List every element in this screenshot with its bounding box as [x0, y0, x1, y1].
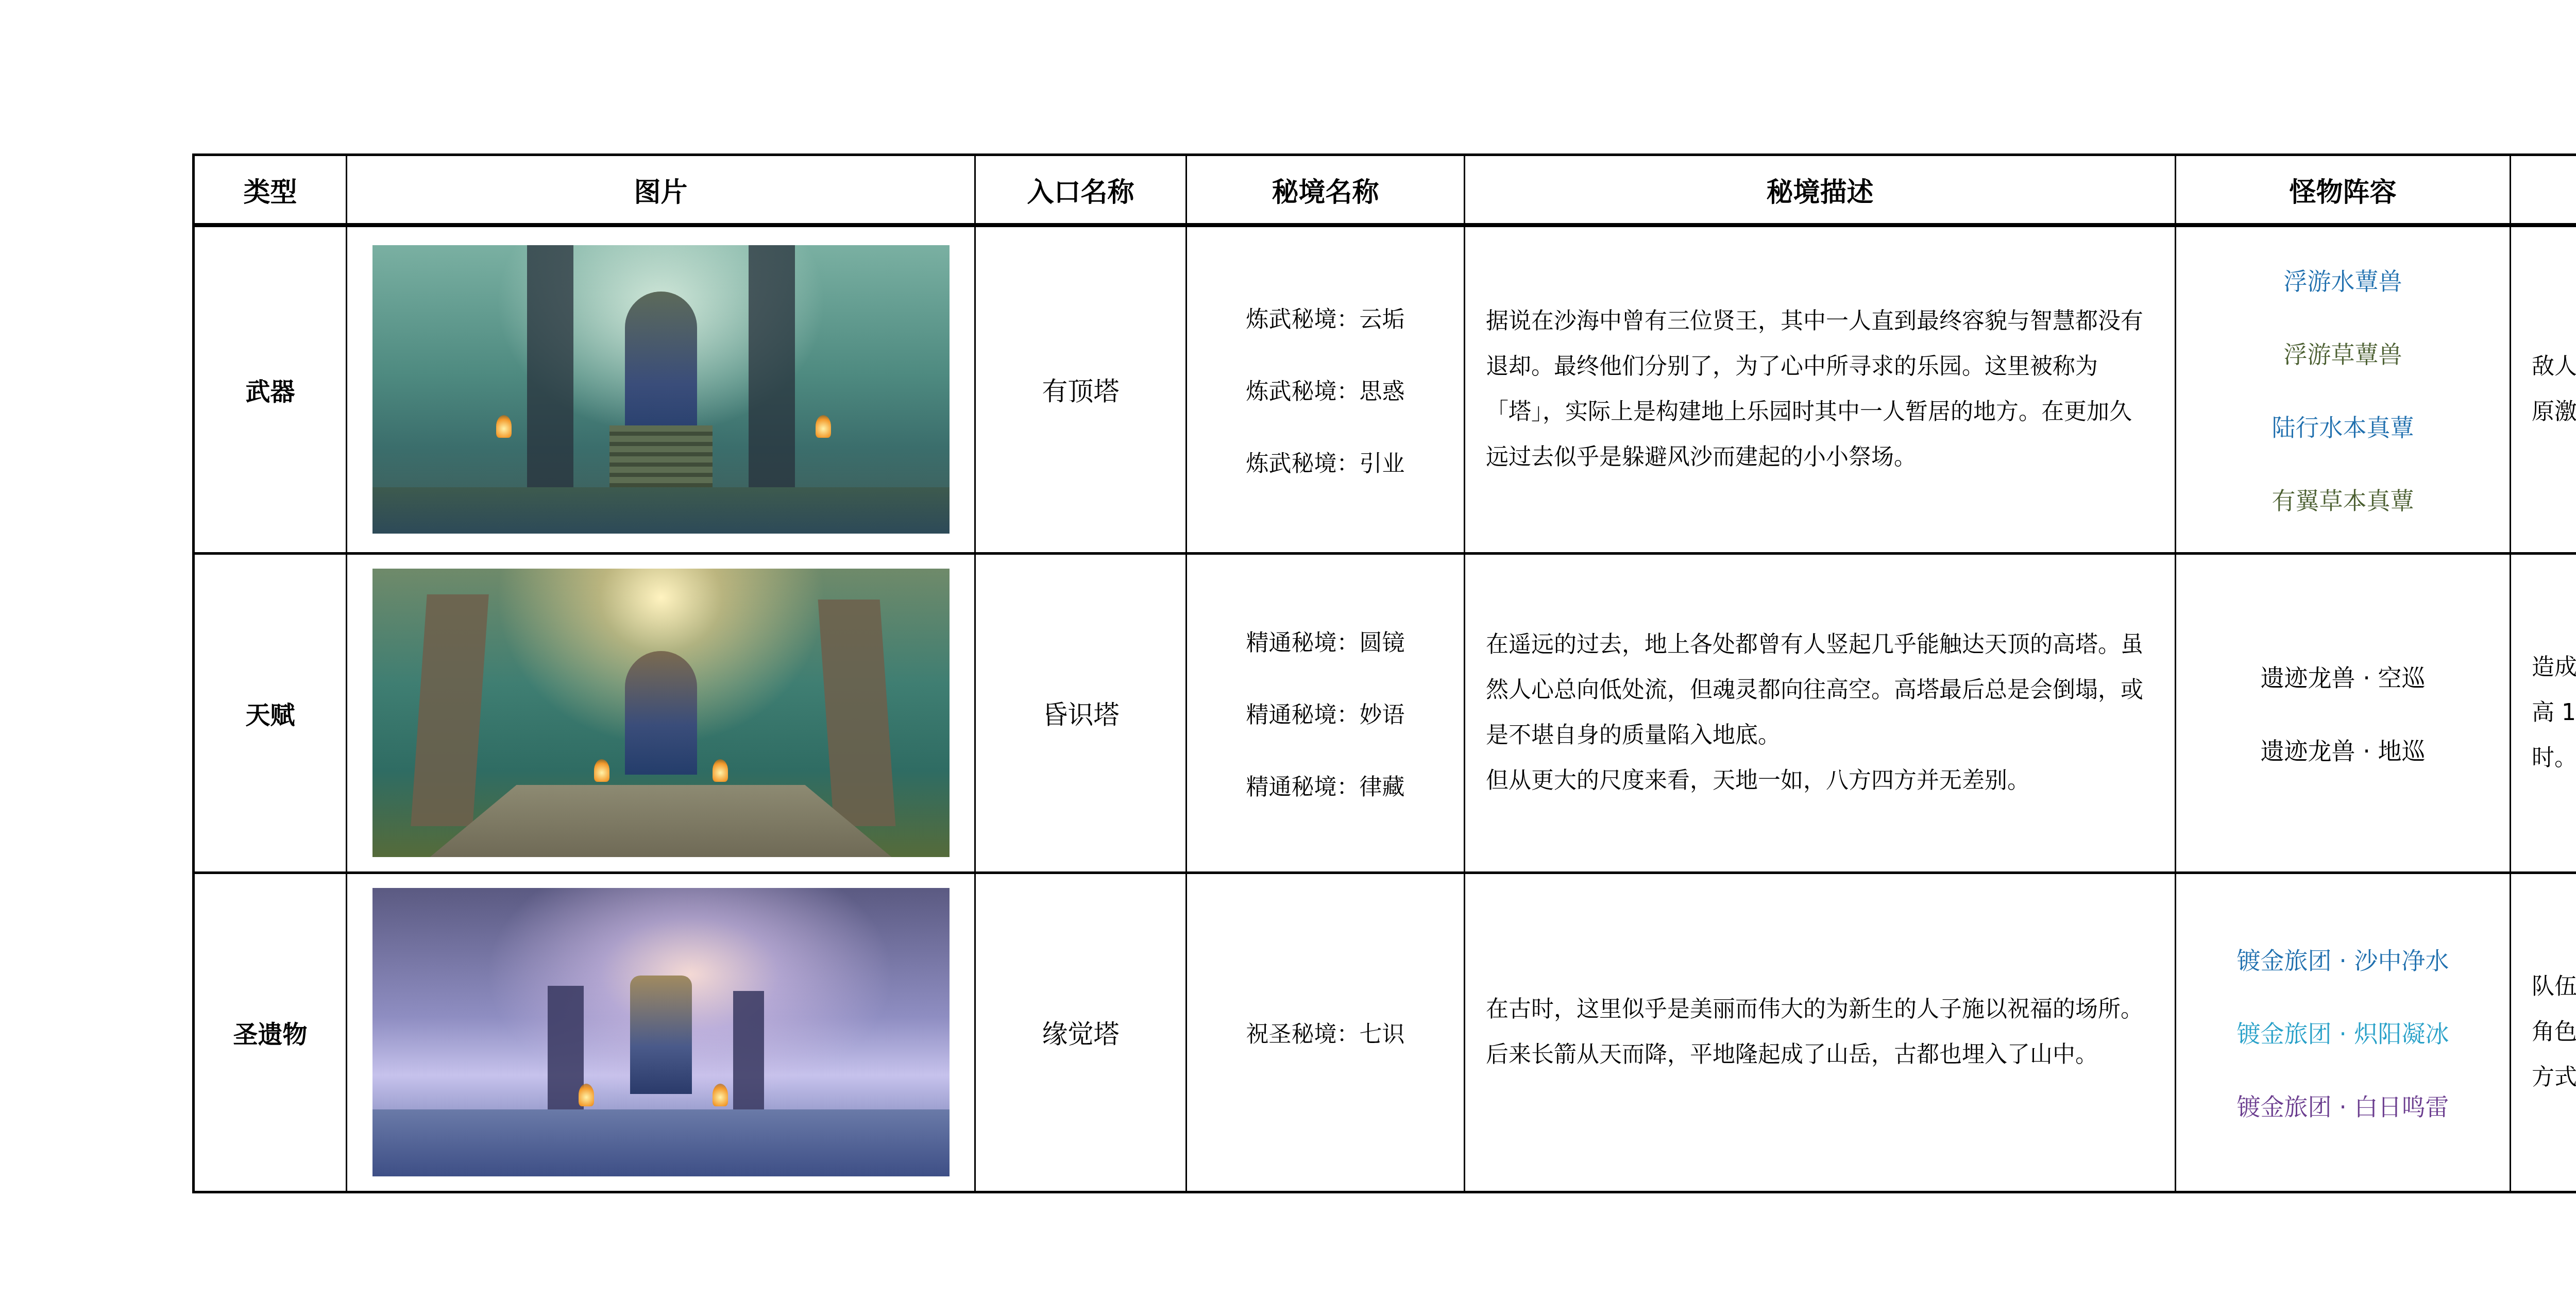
domain-table: 类型 图片 入口名称 秘境名称 秘境描述 怪物阵容 地脉异常 武器 — [192, 153, 2576, 1193]
monsters-cell: 浮游水蕈兽 浮游草蕈兽 陆行水本真蕈 有翼草本真蕈 — [2176, 225, 2511, 553]
monster-name: 陆行水本真蕈 — [2272, 409, 2414, 443]
entry-name-cell: 昏识塔 — [975, 553, 1187, 873]
domain-image — [372, 569, 950, 857]
description-cell: 据说在沙海中曾有三位贤王，其中一人直到最终容貌与智慧都没有退却。最终他们分别了，… — [1465, 225, 2176, 553]
torch-icon — [579, 1084, 594, 1106]
header-domain-description: 秘境描述 — [1465, 155, 2176, 226]
ley-line-cell: 队伍中所有角色的元素精通提高，提高值相当于队伍中所有角色的元素精通总和的 10%… — [2511, 873, 2576, 1192]
header-entry-name: 入口名称 — [975, 155, 1187, 226]
type-cell: 武器 — [194, 225, 347, 553]
monster-name: 浮游草蕈兽 — [2284, 336, 2402, 370]
description-cell: 在遥远的过去，地上各处都曾有人竖起几乎能触达天顶的高塔。虽然人心总向低处流，但魂… — [1465, 553, 2176, 873]
torch-icon — [496, 415, 512, 438]
torch-icon — [713, 759, 728, 782]
domain-names-cell: 祝圣秘境：七识 — [1187, 873, 1465, 1192]
pillar-shape — [749, 245, 795, 487]
monster-name: 遗迹龙兽 · 地巡 — [2261, 732, 2426, 766]
header-domain-name: 秘境名称 — [1187, 155, 1465, 226]
monster-name: 镀金旅团 · 炽阳凝冰 — [2237, 1015, 2449, 1049]
monsters-cell: 镀金旅团 · 沙中净水 镀金旅团 · 炽阳凝冰 镀金旅团 · 白日鸣雷 — [2176, 873, 2511, 1192]
ground-shape — [372, 487, 950, 534]
image-cell — [347, 225, 975, 553]
portal-door-shape — [625, 292, 697, 446]
description-cell: 在古时，这里似乎是美丽而伟大的为新生的人子施以祝福的场所。后来长箭从天而降，平地… — [1465, 873, 2176, 1192]
entry-name-cell: 有顶塔 — [975, 225, 1187, 553]
torch-icon — [594, 759, 609, 782]
ley-line-cell: 敌人处于原激化状态下时，所有元素抗性降低 20%。脱离原激化状态后，该效果会在 … — [2511, 225, 2576, 553]
pillar-shape — [527, 245, 573, 487]
header-image: 图片 — [347, 155, 975, 226]
header-ley-line-disorder: 地脉异常 — [2511, 155, 2576, 226]
monster-name: 镀金旅团 · 白日鸣雷 — [2237, 1088, 2449, 1122]
ground-shape — [372, 1109, 950, 1176]
type-cell: 圣遗物 — [194, 873, 347, 1192]
domain-name: 炼武秘境：思惑 — [1246, 373, 1405, 406]
entry-name-cell: 缘觉塔 — [975, 873, 1187, 1192]
domain-names-cell: 精通秘境：圆镜 精通秘境：妙语 精通秘境：律藏 — [1187, 553, 1465, 873]
throne-shape — [630, 976, 692, 1094]
portal-door-shape — [625, 651, 697, 775]
image-cell — [347, 873, 975, 1192]
domain-name: 炼武秘境：云垢 — [1246, 301, 1405, 334]
domain-name: 精通秘境：律藏 — [1246, 768, 1405, 801]
pillar-shape — [733, 991, 764, 1120]
ley-line-cell: 造成元素伤害后的 10 秒内，队伍中所有角色造成的伤害提高 10%。不同类型的元… — [2511, 553, 2576, 873]
monster-name: 镀金旅团 · 沙中净水 — [2237, 942, 2449, 976]
type-cell: 天赋 — [194, 553, 347, 873]
domain-names-cell: 炼武秘境：云垢 炼武秘境：思惑 炼武秘境：引业 — [1187, 225, 1465, 553]
domain-name: 精通秘境：妙语 — [1246, 696, 1405, 729]
monsters-cell: 遗迹龙兽 · 空巡 遗迹龙兽 · 地巡 — [2176, 553, 2511, 873]
image-cell — [347, 553, 975, 873]
header-type: 类型 — [194, 155, 347, 226]
domain-name: 祝圣秘境：七识 — [1246, 1016, 1405, 1049]
domain-image — [372, 245, 950, 534]
monster-name: 遗迹龙兽 · 空巡 — [2261, 659, 2426, 693]
domain-name: 精通秘境：圆镜 — [1246, 624, 1405, 657]
monster-name: 浮游水蕈兽 — [2284, 263, 2402, 297]
torch-icon — [816, 415, 831, 438]
table-row: 武器 有顶塔 炼武秘境：云垢 炼武秘境：思惑 炼武秘境： — [194, 225, 2576, 553]
table-row: 天赋 昏识塔 精通秘境：圆镜 精通秘境：妙语 精通秘境：律藏 — [194, 553, 2576, 873]
table-row: 圣遗物 缘觉塔 祝圣秘境：七识 在古时，这里似乎是美丽而伟大的为新生的人子 — [194, 873, 2576, 1192]
domain-image — [372, 888, 950, 1176]
domain-name: 炼武秘境：引业 — [1246, 445, 1405, 478]
header-row: 类型 图片 入口名称 秘境名称 秘境描述 怪物阵容 地脉异常 — [194, 155, 2576, 226]
monster-name: 有翼草本真蕈 — [2272, 482, 2414, 516]
torch-icon — [713, 1084, 728, 1106]
header-monster-lineup: 怪物阵容 — [2176, 155, 2511, 226]
